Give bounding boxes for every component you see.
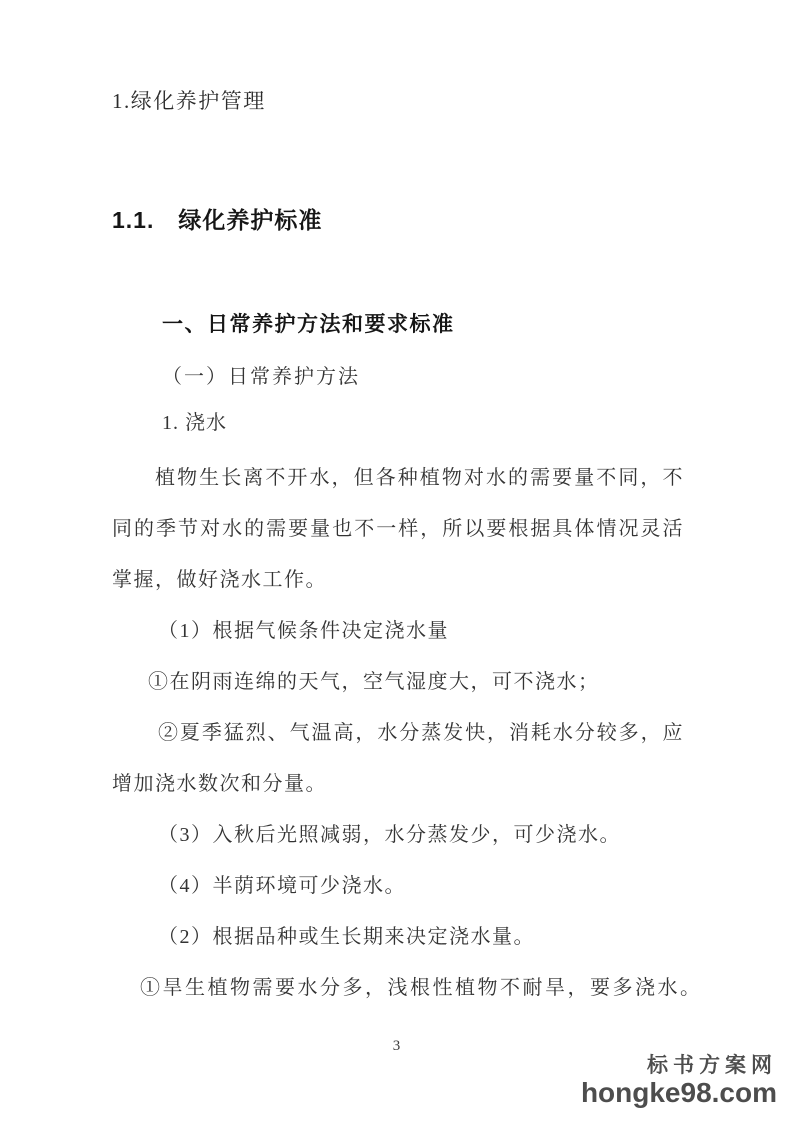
intro-line: 植物生长离不开水，但各种植物对水的需要量不同，不 — [112, 453, 684, 504]
page-number: 3 — [0, 1036, 793, 1056]
sub-heading: （一）日常养护方法 — [162, 362, 684, 392]
intro-line: 同的季节对水的需要量也不一样，所以要根据具体情况灵活 — [112, 504, 684, 555]
point-1: （1）根据气候条件决定浇水量 — [112, 606, 684, 657]
watermark-site-url: hongke98.com — [581, 1078, 777, 1108]
point-1-item-2-line: ②夏季猛烈、气温高，水分蒸发快，消耗水分较多，应 — [112, 708, 684, 759]
point-4: （4）半荫环境可少浇水。 — [112, 861, 684, 912]
point-1-item-1: ①在阴雨连绵的天气，空气湿度大，可不浇水； — [112, 657, 684, 708]
point-1-item-2-line: 增加浇水数次和分量。 — [112, 759, 684, 810]
point-1-item-2: ②夏季猛烈、气温高，水分蒸发快，消耗水分较多，应 增加浇水数次和分量。 — [112, 708, 684, 810]
intro-line: 掌握，做好浇水工作。 — [112, 555, 684, 606]
intro-paragraph: 植物生长离不开水，但各种植物对水的需要量不同，不 同的季节对水的需要量也不一样，… — [112, 453, 684, 606]
body-text: 植物生长离不开水，但各种植物对水的需要量不同，不 同的季节对水的需要量也不一样，… — [112, 453, 684, 1014]
subsection-heading: 一、日常养护方法和要求标准 — [162, 310, 684, 340]
chapter-title: 1.绿化养护管理 — [112, 86, 684, 116]
item-heading: 1. 浇水 — [162, 408, 684, 438]
point-3: （3）入秋后光照减弱，水分蒸发少，可少浇水。 — [112, 810, 684, 861]
document-content: 1.绿化养护管理 1.1. 绿化养护标准 一、日常养护方法和要求标准 （一）日常… — [112, 0, 684, 1014]
document-page: 1.绿化养护管理 1.1. 绿化养护标准 一、日常养护方法和要求标准 （一）日常… — [0, 0, 793, 1122]
watermark-site-name: 标书方案网 — [581, 1054, 777, 1078]
watermark: 标书方案网 hongke98.com — [581, 1054, 777, 1108]
section-title: 1.1. 绿化养护标准 — [112, 204, 684, 236]
point-2: （2）根据品种或生长期来决定浇水量。 — [112, 912, 684, 963]
point-2-item-1: ①旱生植物需要水分多，浅根性植物不耐旱，要多浇水。 — [112, 963, 684, 1014]
